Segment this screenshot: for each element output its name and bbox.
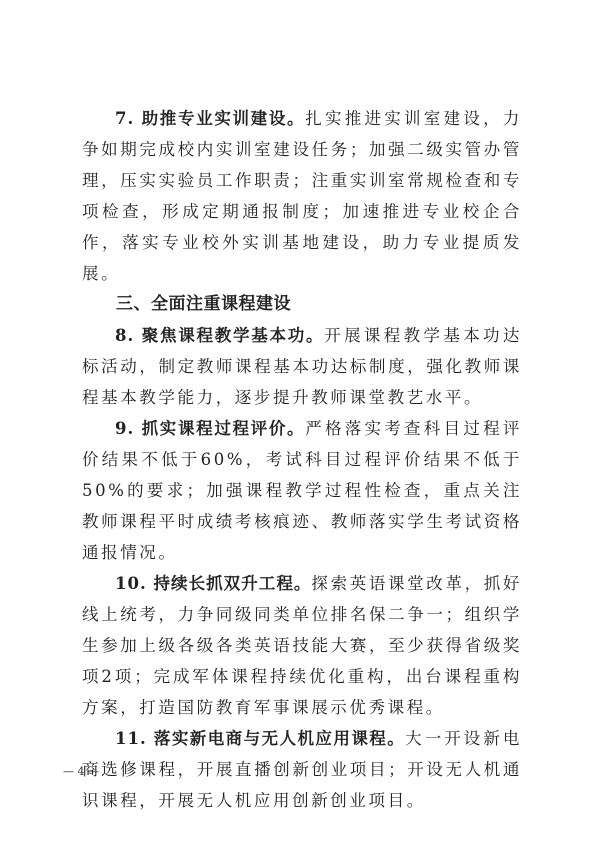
document-page: 7. 助推专业实训建设。扎实推进实训室建设，力争如期完成校内实训室建设任务；加强… bbox=[82, 103, 522, 816]
paragraph-text: 扎实推进实训室建设，力争如期完成校内实训室建设任务；加强二级实管办管理，压实实验… bbox=[82, 109, 522, 283]
paragraph-lead: 9. 抓实课程过程评价。 bbox=[115, 419, 305, 438]
paragraph-7: 7. 助推专业实训建设。扎实推进实训室建设，力争如期完成校内实训室建设任务；加强… bbox=[82, 103, 522, 289]
section-heading-3: 三、全面注重课程建设 bbox=[82, 289, 522, 320]
paragraph-text: 严格落实考查科目过程评价结果不低于60%，考试科目过程评价结果不低于50%的要求… bbox=[82, 419, 522, 562]
paragraph-lead: 7. 助推专业实训建设。 bbox=[115, 109, 305, 128]
paragraph-lead: 10. 持续长抓双升工程。 bbox=[115, 574, 311, 593]
page-number: — 4 — bbox=[63, 765, 99, 778]
paragraph-10: 10. 持续长抓双升工程。探索英语课堂改革，抓好线上统考，力争同级同类单位排名保… bbox=[82, 568, 522, 723]
paragraph-lead: 8. 聚焦课程教学基本功。 bbox=[115, 326, 324, 345]
paragraph-text: 探索英语课堂改革，抓好线上统考，力争同级同类单位排名保二争一；组织学生参加上级各… bbox=[82, 574, 522, 717]
paragraph-11: 11. 落实新电商与无人机应用课程。大一开设新电商选修课程，开展直播创新创业项目… bbox=[82, 723, 522, 816]
paragraph-8: 8. 聚焦课程教学基本功。开展课程教学基本功达标活动，制定教师课程基本功达标制度… bbox=[82, 320, 522, 413]
paragraph-lead: 11. 落实新电商与无人机应用课程。 bbox=[115, 729, 405, 748]
paragraph-9: 9. 抓实课程过程评价。严格落实考查科目过程评价结果不低于60%，考试科目过程评… bbox=[82, 413, 522, 568]
